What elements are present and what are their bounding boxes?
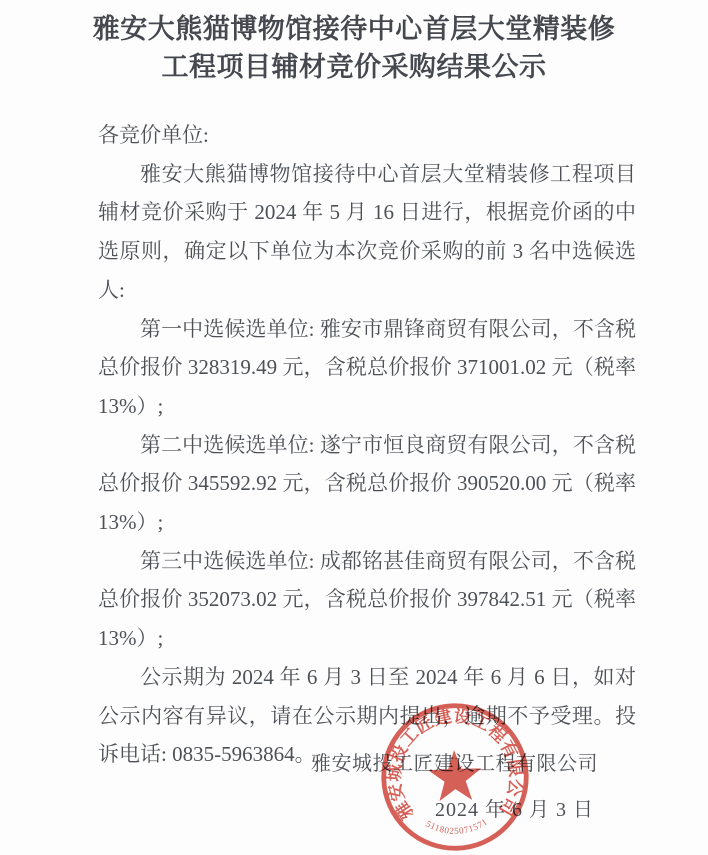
document-title-line-1: 雅安大熊猫博物馆接待中心首层大堂精装修 bbox=[0, 10, 708, 48]
seal-star-icon bbox=[428, 749, 483, 801]
document-title: 雅安大熊猫博物馆接待中心首层大堂精装修 工程项目辅材竞价采购结果公示 bbox=[0, 10, 708, 86]
svg-text:5118025071571: 5118025071571 bbox=[424, 816, 490, 837]
salutation: 各竞价单位: bbox=[98, 116, 636, 155]
body-paragraph-candidate-1: 第一中选候选单位: 雅安市鼎锋商贸有限公司，不含税总价报价 328319.49 … bbox=[98, 310, 636, 426]
body-paragraph-candidate-3: 第三中选候选单位: 成都铭甚佳商贸有限公司，不含税总价报价 352073.02 … bbox=[98, 542, 636, 658]
document-title-line-2: 工程项目辅材竞价采购结果公示 bbox=[0, 48, 708, 86]
company-seal: 雅安城投工匠建设工程有限公司 5118025071571 bbox=[375, 697, 534, 855]
seal-serial-number: 5118025071571 bbox=[424, 816, 490, 837]
document-page: 雅安大熊猫博物馆接待中心首层大堂精装修 工程项目辅材竞价采购结果公示 各竞价单位… bbox=[0, 0, 708, 855]
document-body: 各竞价单位: 雅安大熊猫博物馆接待中心首层大堂精装修工程项目辅材竞价采购于 20… bbox=[98, 116, 636, 774]
body-paragraph-intro: 雅安大熊猫博物馆接待中心首层大堂精装修工程项目辅材竞价采购于 2024 年 5 … bbox=[98, 155, 636, 310]
body-paragraph-candidate-2: 第二中选候选单位: 遂宁市恒良商贸有限公司，不含税总价报价 345592.92 … bbox=[98, 426, 636, 542]
